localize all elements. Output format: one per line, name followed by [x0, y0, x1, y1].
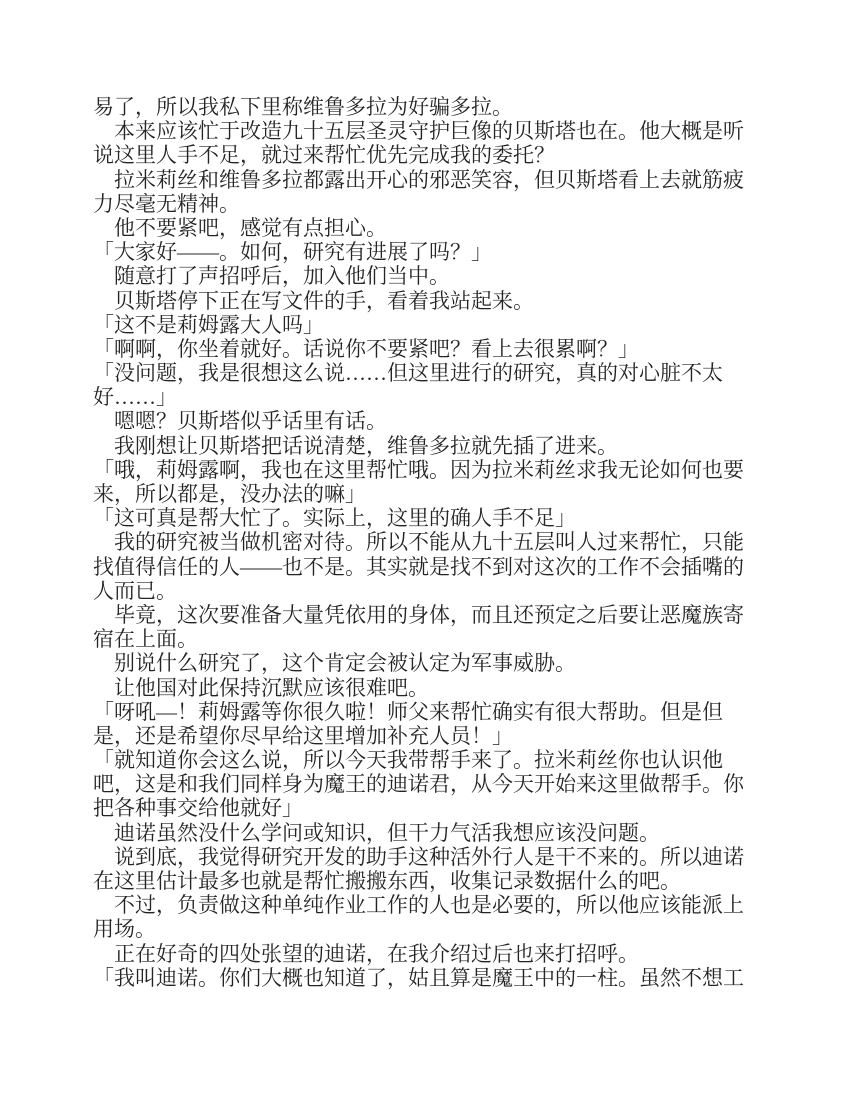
text-line: 「就知道你会这么说，所以今天我带帮手来了。拉米莉丝你也认识他: [93, 748, 765, 772]
text-line: 「啊啊，你坐着就好。话说你不要紧吧？看上去很累啊？」: [93, 337, 765, 361]
text-line: 迪诺虽然没什么学问或知识，但干力气活我想应该没问题。: [93, 821, 765, 845]
text-line: 力尽毫无精神。: [93, 192, 765, 216]
text-line: 贝斯塔停下正在写文件的手，看着我站起来。: [93, 289, 765, 313]
text-line: 说到底，我觉得研究开发的助手这种活外行人是干不来的。所以迪诺: [93, 845, 765, 869]
text-line: 找值得信任的人——也不是。其实就是找不到对这次的工作不会插嘴的: [93, 555, 765, 579]
text-line: 吧，这是和我们同样身为魔王的迪诺君，从今天开始来这里做帮手。你: [93, 772, 765, 796]
text-line: 用场。: [93, 917, 765, 941]
text-line: 嗯嗯？贝斯塔似乎话里有话。: [93, 409, 765, 433]
text-line: 「大家好——。如何，研究有进展了吗？」: [93, 240, 765, 264]
text-line: 别说什么研究了，这个肯定会被认定为军事威胁。: [93, 651, 765, 675]
text-line: 「呀吼—！莉姆露等你很久啦！师父来帮忙确实有很大帮助。但是但: [93, 700, 765, 724]
novel-page: 易了，所以我私下里称维鲁多拉为好骗多拉。本来应该忙于改造九十五层圣灵守护巨像的贝…: [0, 0, 850, 1100]
text-line: 「这不是莉姆露大人吗」: [93, 313, 765, 337]
text-line: 正在好奇的四处张望的迪诺，在我介绍过后也来打招呼。: [93, 942, 765, 966]
text-line: 让他国对此保持沉默应该很难吧。: [93, 676, 765, 700]
text-line: 他不要紧吧，感觉有点担心。: [93, 216, 765, 240]
text-line: 我刚想让贝斯塔把话说清楚，维鲁多拉就先插了进来。: [93, 434, 765, 458]
text-line: 我的研究被当做机密对待。所以不能从九十五层叫人过来帮忙，只能: [93, 530, 765, 554]
text-line: 易了，所以我私下里称维鲁多拉为好骗多拉。: [93, 95, 765, 119]
text-line: 「我叫迪诺。你们大概也知道了，姑且算是魔王中的一柱。虽然不想工: [93, 966, 765, 990]
text-line: 本来应该忙于改造九十五层圣灵守护巨像的贝斯塔也在。他大概是听: [93, 119, 765, 143]
text-line: 「哦，莉姆露啊，我也在这里帮忙哦。因为拉米莉丝求我无论如何也要: [93, 458, 765, 482]
text-line: 来，所以都是，没办法的嘛」: [93, 482, 765, 506]
text-line: 随意打了声招呼后，加入他们当中。: [93, 264, 765, 288]
text-line: 宿在上面。: [93, 627, 765, 651]
text-line: 「没问题，我是很想这么说……但这里进行的研究，真的对心脏不太: [93, 361, 765, 385]
text-line: 在这里估计最多也就是帮忙搬搬东西，收集记录数据什么的吧。: [93, 869, 765, 893]
text-line: 毕竟，这次要准备大量凭依用的身体，而且还预定之后要让恶魔族寄: [93, 603, 765, 627]
text-line: 人而已。: [93, 579, 765, 603]
text-line: 不过，负责做这种单纯作业工作的人也是必要的，所以他应该能派上: [93, 893, 765, 917]
text-line: 说这里人手不足，就过来帮忙优先完成我的委托？: [93, 143, 765, 167]
text-line: 是，还是希望你尽早给这里增加补充人员！」: [93, 724, 765, 748]
text-line: 拉米莉丝和维鲁多拉都露出开心的邪恶笑容，但贝斯塔看上去就筋疲: [93, 168, 765, 192]
text-line: 好……」: [93, 385, 765, 409]
text-line: 「这可真是帮大忙了。实际上，这里的确人手不足」: [93, 506, 765, 530]
text-line: 把各种事交给他就好」: [93, 796, 765, 820]
text-block: 易了，所以我私下里称维鲁多拉为好骗多拉。本来应该忙于改造九十五层圣灵守护巨像的贝…: [93, 95, 765, 990]
